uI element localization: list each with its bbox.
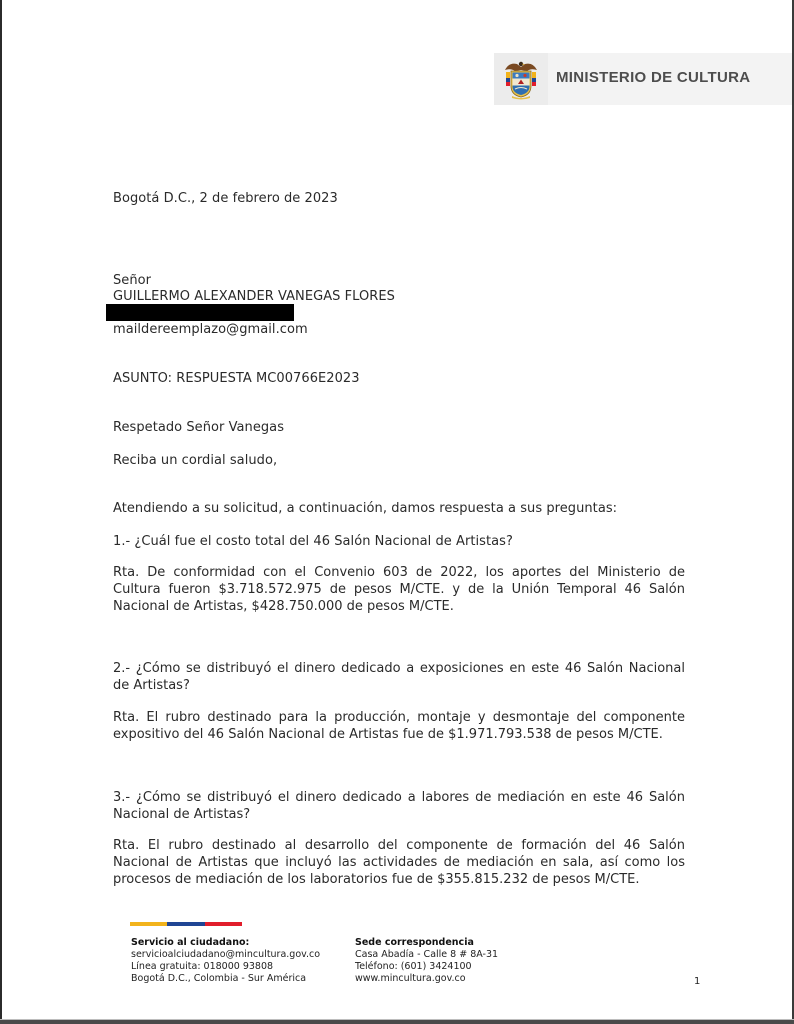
- question-3: 3.- ¿Cómo se distribuyó el dinero dedica…: [113, 789, 685, 823]
- footer-office: Sede correspondencia Casa Abadía - Calle…: [355, 937, 498, 985]
- subject-line: ASUNTO: RESPUESTA MC00766E2023: [113, 370, 360, 387]
- page-frame-bottom: [0, 1020, 794, 1024]
- page-frame-left: [0, 0, 2, 1024]
- answer-1: Rta. De conformidad con el Convenio 603 …: [113, 564, 685, 615]
- footer-service-email[interactable]: servicioalciudadano@mincultura.gov.co: [131, 949, 320, 961]
- recipient-email: maildereemplazo@gmail.com: [113, 321, 308, 338]
- footer-service-location: Bogotá D.C., Colombia - Sur América: [131, 973, 320, 985]
- redacted-block: [106, 304, 294, 321]
- footer-service-title: Servicio al ciudadano:: [131, 937, 320, 949]
- logo-container: [494, 53, 548, 105]
- footer-service: Servicio al ciudadano: servicioalciudada…: [131, 937, 320, 985]
- footer-office-phone: Teléfono: (601) 3424100: [355, 961, 498, 973]
- intro-line: Atendiendo a su solicitud, a continuació…: [113, 500, 617, 517]
- flag-yellow-segment: [130, 922, 167, 926]
- question-2: 2.- ¿Cómo se distribuyó el dinero dedica…: [113, 660, 685, 694]
- salutation-title: Señor: [113, 272, 151, 289]
- footer-office-address: Casa Abadía - Calle 8 # 8A-31: [355, 949, 498, 961]
- page-number: 1: [694, 976, 700, 987]
- footer-office-title: Sede correspondencia: [355, 937, 498, 949]
- greeting: Respetado Señor Vanegas: [113, 419, 284, 436]
- question-1: 1.- ¿Cuál fue el costo total del 46 Saló…: [113, 533, 513, 550]
- ministry-header: MINISTERIO DE CULTURA: [494, 53, 792, 105]
- place-date: Bogotá D.C., 2 de febrero de 2023: [113, 190, 338, 207]
- footer-service-phone: Línea gratuita: 018000 93808: [131, 961, 320, 973]
- answer-3: Rta. El rubro destinado al desarrollo de…: [113, 837, 685, 888]
- footer-office-website[interactable]: www.mincultura.gov.co: [355, 973, 498, 985]
- recipient-name: GUILLERMO ALEXANDER VANEGAS FLORES: [113, 288, 395, 305]
- flag-red-segment: [205, 922, 242, 926]
- flag-blue-segment: [167, 922, 204, 926]
- flag-color-bar: [130, 922, 242, 926]
- opening-line: Reciba un cordial saludo,: [113, 452, 277, 469]
- answer-2: Rta. El rubro destinado para la producci…: [113, 709, 685, 743]
- colombia-coat-of-arms-icon: [503, 58, 539, 100]
- ministry-title: MINISTERIO DE CULTURA: [556, 69, 750, 86]
